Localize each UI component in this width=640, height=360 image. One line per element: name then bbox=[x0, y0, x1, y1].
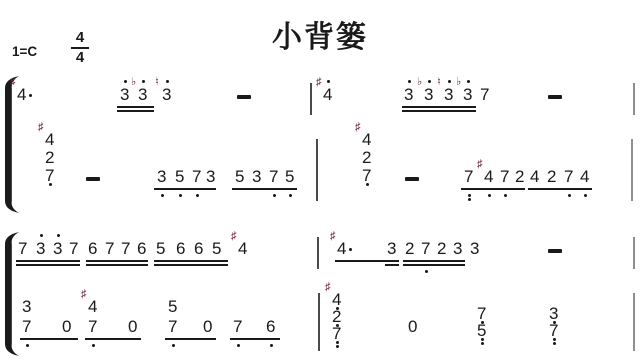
octave-dot bbox=[289, 194, 292, 197]
note-glyph: 3 bbox=[138, 86, 147, 103]
beam bbox=[403, 260, 465, 262]
note-glyph: 7 bbox=[332, 325, 341, 342]
note-glyph: 2 bbox=[405, 240, 414, 257]
note-glyph: 2 bbox=[515, 168, 524, 185]
accidental-sharp: ♯ bbox=[316, 77, 322, 88]
octave-dot bbox=[428, 80, 431, 83]
beam bbox=[165, 338, 216, 340]
note-glyph: 3 bbox=[470, 240, 479, 257]
note-glyph: 3 bbox=[252, 168, 261, 185]
octave-dot bbox=[568, 194, 571, 197]
accidental-sharp: ♯ bbox=[355, 122, 361, 133]
octave-dot bbox=[327, 80, 330, 83]
accidental-flat: ♭ bbox=[417, 77, 422, 88]
octave-dot bbox=[336, 341, 339, 344]
note-glyph: 7 bbox=[233, 318, 242, 335]
octave-dot bbox=[408, 80, 411, 83]
octave-dot bbox=[57, 234, 60, 237]
beam bbox=[86, 260, 148, 262]
beam bbox=[402, 106, 476, 108]
end-barline bbox=[633, 293, 635, 351]
dash-glyph bbox=[86, 177, 100, 181]
note-glyph: 5 bbox=[477, 322, 486, 339]
octave-dot bbox=[468, 198, 471, 201]
note-glyph: 7 bbox=[121, 240, 130, 257]
note-glyph: 5 bbox=[168, 298, 177, 315]
note-glyph: 3 bbox=[22, 298, 31, 315]
dash-glyph bbox=[548, 95, 562, 99]
aug-dot bbox=[29, 94, 32, 97]
note-glyph: 3 bbox=[162, 86, 171, 103]
barline bbox=[317, 237, 319, 269]
note-glyph: 5 bbox=[212, 240, 221, 257]
note-glyph: 7 bbox=[18, 240, 27, 257]
note-glyph: 3 bbox=[453, 240, 462, 257]
dash-glyph bbox=[405, 177, 419, 181]
octave-dot bbox=[504, 194, 507, 197]
note-glyph: 4 bbox=[337, 240, 346, 257]
note-glyph: 7 bbox=[564, 168, 573, 185]
note-glyph: 3 bbox=[53, 240, 62, 257]
octave-dot bbox=[49, 183, 52, 186]
beam bbox=[154, 264, 228, 266]
barline bbox=[310, 83, 312, 115]
beam bbox=[230, 338, 280, 340]
octave-dot bbox=[273, 194, 276, 197]
note-glyph: 2 bbox=[547, 168, 556, 185]
note-glyph: 7 bbox=[168, 318, 177, 335]
note-glyph: 7 bbox=[421, 240, 430, 257]
note-glyph: 0 bbox=[62, 318, 71, 335]
end-barline bbox=[633, 237, 635, 269]
beam bbox=[20, 338, 78, 340]
note-glyph: 3 bbox=[387, 240, 396, 257]
octave-dot bbox=[336, 345, 339, 348]
octave-dot bbox=[26, 344, 29, 347]
note-glyph: 6 bbox=[137, 240, 146, 257]
sheet-music-page: 小背篓 1=C 4 4 4♯33♭3♮4♯33♭3♮3♭74♯273573537… bbox=[0, 0, 640, 360]
note-glyph: 6 bbox=[266, 318, 275, 335]
aug-dot bbox=[349, 248, 352, 251]
octave-dot bbox=[448, 80, 451, 83]
note-glyph: 7 bbox=[45, 167, 54, 184]
score-body: 4♯33♭3♮4♯33♭3♮3♭74♯27357353754♯2774♯7242… bbox=[0, 0, 640, 360]
note-glyph: 0 bbox=[408, 318, 417, 335]
note-glyph: 7 bbox=[549, 322, 558, 339]
beam bbox=[16, 260, 80, 262]
barline bbox=[316, 139, 318, 201]
octave-dot bbox=[142, 80, 145, 83]
beam bbox=[402, 110, 476, 112]
accidental-sharp: ♯ bbox=[10, 77, 16, 88]
note-glyph: 7 bbox=[477, 305, 486, 322]
note-glyph: 4 bbox=[580, 168, 589, 185]
note-glyph: 6 bbox=[88, 240, 97, 257]
note-glyph: 5 bbox=[235, 168, 244, 185]
note-glyph: 7 bbox=[500, 168, 509, 185]
note-glyph: 5 bbox=[285, 168, 294, 185]
accidental-sharp: ♯ bbox=[330, 231, 336, 242]
beam bbox=[85, 338, 141, 340]
beam bbox=[154, 260, 228, 262]
beam bbox=[86, 264, 148, 266]
note-glyph: 7 bbox=[192, 168, 201, 185]
note-glyph: 4 bbox=[484, 168, 493, 185]
note-glyph: 5 bbox=[156, 240, 165, 257]
accidental-sharp: ♯ bbox=[231, 231, 237, 242]
beam bbox=[232, 188, 297, 190]
octave-dot bbox=[481, 338, 484, 341]
barline bbox=[318, 293, 320, 351]
dash-glyph bbox=[237, 95, 251, 99]
note-glyph: 2 bbox=[362, 149, 371, 166]
note-glyph: 4 bbox=[530, 168, 539, 185]
accidental-sharp: ♯ bbox=[81, 289, 87, 300]
note-glyph: 5 bbox=[175, 168, 184, 185]
octave-dot bbox=[172, 344, 175, 347]
beam bbox=[117, 106, 154, 108]
beam bbox=[16, 264, 80, 266]
beam bbox=[117, 110, 154, 112]
note-glyph: 4 bbox=[332, 291, 341, 308]
accidental-flat: ♭ bbox=[131, 77, 136, 88]
note-glyph: 3 bbox=[424, 86, 433, 103]
note-glyph: 3 bbox=[157, 168, 166, 185]
note-glyph: 7 bbox=[480, 86, 489, 103]
octave-dot bbox=[92, 344, 95, 347]
octave-dot bbox=[468, 194, 471, 197]
beam bbox=[154, 188, 216, 190]
note-glyph: 7 bbox=[362, 167, 371, 184]
note-glyph: 3 bbox=[120, 86, 129, 103]
note-glyph: 3 bbox=[206, 168, 215, 185]
note-glyph: 3 bbox=[404, 86, 413, 103]
note-glyph: 4 bbox=[17, 86, 26, 103]
beam bbox=[385, 264, 399, 266]
note-glyph: 4 bbox=[88, 298, 97, 315]
end-barline bbox=[633, 83, 635, 115]
octave-dot bbox=[237, 344, 240, 347]
octave-dot bbox=[196, 194, 199, 197]
note-glyph: 4 bbox=[238, 240, 247, 257]
accidental-natural: ♮ bbox=[437, 77, 441, 88]
octave-dot bbox=[584, 194, 587, 197]
octave-dot bbox=[366, 183, 369, 186]
note-glyph: 7 bbox=[105, 240, 114, 257]
octave-dot bbox=[166, 80, 169, 83]
octave-dot bbox=[481, 342, 484, 345]
beam bbox=[461, 188, 525, 190]
octave-dot bbox=[553, 342, 556, 345]
note-glyph: 3 bbox=[463, 86, 472, 103]
accidental-flat: ♭ bbox=[456, 77, 461, 88]
beam bbox=[335, 260, 399, 262]
note-glyph: 0 bbox=[203, 318, 212, 335]
accidental-sharp: ♯ bbox=[325, 282, 331, 293]
octave-dot bbox=[270, 344, 273, 347]
note-glyph: 3 bbox=[36, 240, 45, 257]
note-glyph: 7 bbox=[69, 240, 78, 257]
accidental-sharp: ♯ bbox=[38, 122, 44, 133]
octave-dot bbox=[425, 270, 428, 273]
note-glyph: 6 bbox=[176, 240, 185, 257]
octave-dot bbox=[161, 194, 164, 197]
accidental-natural: ♮ bbox=[155, 77, 159, 88]
end-barline bbox=[631, 139, 633, 201]
beam bbox=[403, 264, 465, 266]
note-glyph: 4 bbox=[362, 131, 371, 148]
note-glyph: 4 bbox=[45, 131, 54, 148]
note-glyph: 7 bbox=[269, 168, 278, 185]
note-glyph: 3 bbox=[444, 86, 453, 103]
note-glyph: 3 bbox=[549, 305, 558, 322]
note-glyph: 6 bbox=[194, 240, 203, 257]
octave-dot bbox=[179, 194, 182, 197]
octave-dot bbox=[40, 234, 43, 237]
note-glyph: 2 bbox=[332, 308, 341, 325]
beam bbox=[528, 188, 592, 190]
octave-dot bbox=[488, 194, 491, 197]
note-glyph: 2 bbox=[437, 240, 446, 257]
note-glyph: 0 bbox=[128, 318, 137, 335]
note-glyph: 2 bbox=[45, 149, 54, 166]
note-glyph: 7 bbox=[88, 318, 97, 335]
octave-dot bbox=[467, 80, 470, 83]
note-glyph: 7 bbox=[22, 318, 31, 335]
octave-dot bbox=[553, 338, 556, 341]
octave-dot bbox=[124, 80, 127, 83]
accidental-sharp: ♯ bbox=[477, 159, 483, 170]
note-glyph: 7 bbox=[464, 168, 473, 185]
note-glyph: 4 bbox=[323, 86, 332, 103]
dash-glyph bbox=[548, 249, 562, 253]
